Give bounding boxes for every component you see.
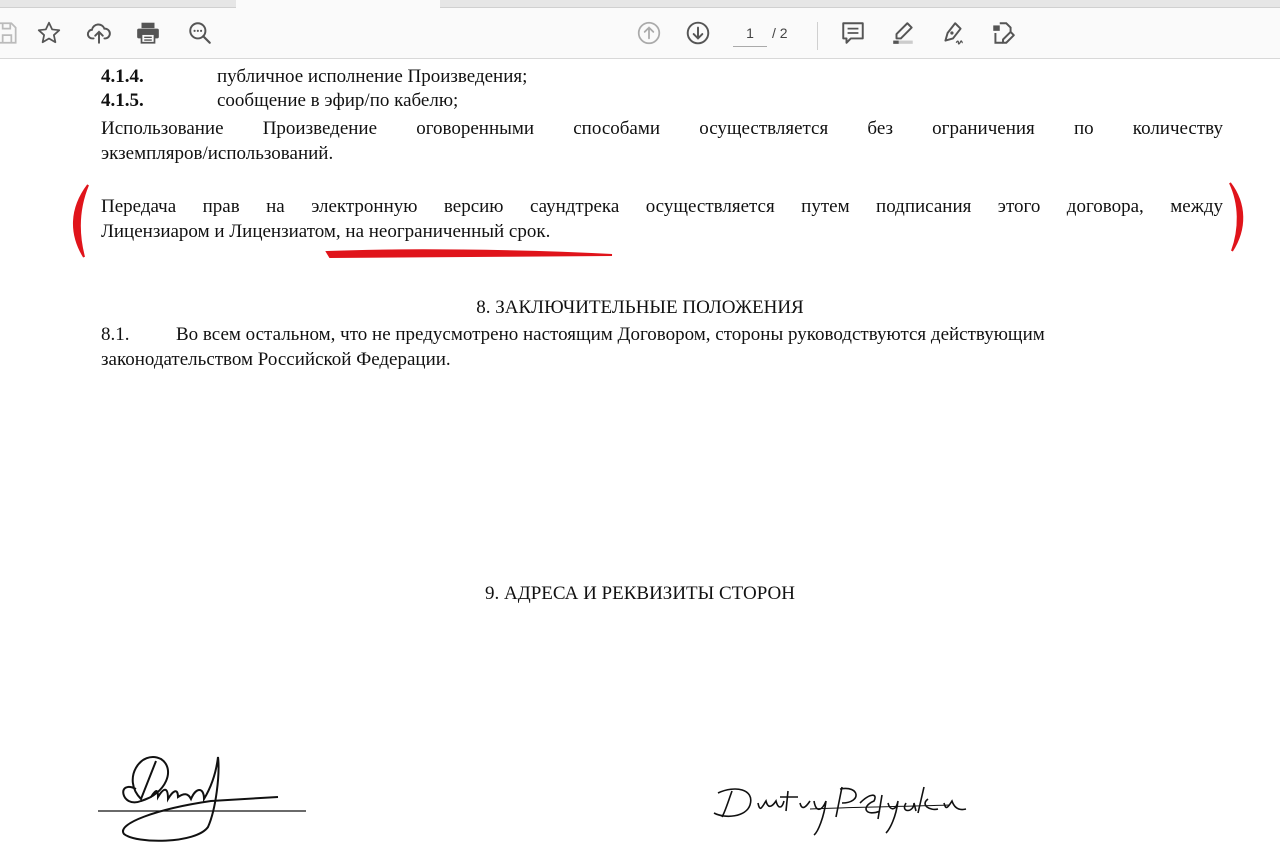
pdf-toolbar: 1 / 2 bbox=[0, 8, 1280, 59]
total-pages: / 2 bbox=[772, 22, 788, 44]
comment-icon[interactable] bbox=[838, 18, 868, 48]
sign-icon[interactable] bbox=[938, 18, 968, 48]
document-page: 4.1.4.публичное исполнение Произведения;… bbox=[0, 59, 1280, 849]
upload-cloud-icon[interactable] bbox=[84, 18, 114, 48]
highlight-icon[interactable] bbox=[888, 18, 918, 48]
bookmark-star-icon[interactable] bbox=[34, 18, 64, 48]
section-8-title: 8. ЗАКЛЮЧИТЕЛЬНЫЕ ПОЛОЖЕНИЯ bbox=[0, 297, 1280, 319]
item-number: 8.1. bbox=[101, 324, 176, 346]
page-down-icon[interactable] bbox=[683, 18, 713, 48]
tab-inactive-right[interactable] bbox=[440, 0, 1280, 8]
signature-right bbox=[710, 777, 990, 847]
fill-sign-icon[interactable] bbox=[988, 18, 1018, 48]
section-9-title: 9. АДРЕСА И РЕКВИЗИТЫ СТОРОН bbox=[0, 583, 1280, 605]
red-annotation-marks bbox=[0, 59, 1280, 279]
tab-inactive-left[interactable] bbox=[0, 0, 236, 8]
page-up-icon[interactable] bbox=[634, 18, 664, 48]
section-8-1-line2: законодательством Российской Федерации. bbox=[101, 349, 451, 371]
print-icon[interactable] bbox=[133, 18, 163, 48]
section-8-1-line1: 8.1.Во всем остальном, что не предусмотр… bbox=[101, 324, 1045, 346]
tab-strip bbox=[0, 0, 1280, 8]
save-icon[interactable] bbox=[0, 18, 22, 48]
item-text: Во всем остальном, что не предусмотрено … bbox=[176, 324, 1045, 345]
find-icon[interactable] bbox=[185, 18, 215, 48]
signature-left bbox=[96, 749, 316, 849]
toolbar-divider bbox=[817, 22, 818, 50]
current-page-input[interactable]: 1 bbox=[733, 22, 767, 47]
